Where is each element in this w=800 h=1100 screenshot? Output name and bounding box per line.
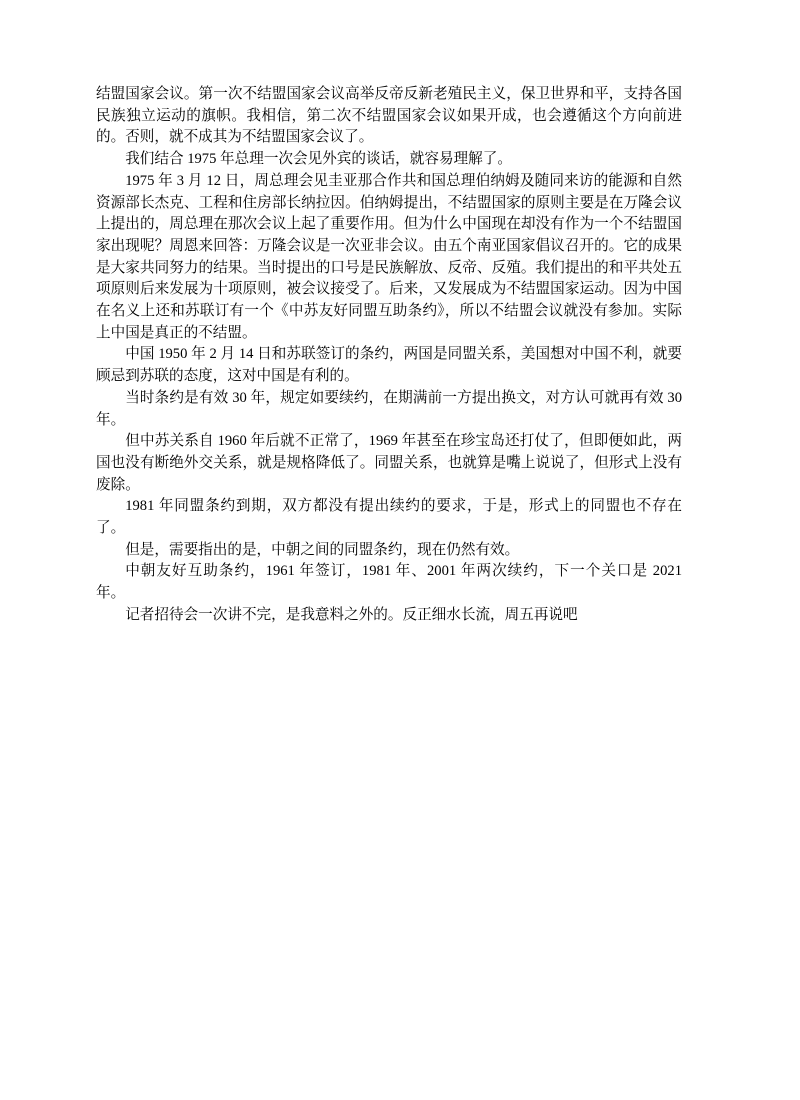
paragraph: 但中苏关系自 1960 年后就不正常了，1969 年甚至在珍宝岛还打仗了，但即便… <box>96 431 682 496</box>
paragraph: 我们结合 1975 年总理一次会见外宾的谈话，就容易理解了。 <box>96 149 682 171</box>
paragraph: 结盟国家会议。第一次不结盟国家会议高举反帝反新老殖民主义，保卫世界和平，支持各国… <box>96 84 682 149</box>
paragraph: 中国 1950 年 2 月 14 日和苏联签订的条约，两国是同盟关系，美国想对中… <box>96 344 682 387</box>
document-page: 结盟国家会议。第一次不结盟国家会议高举反帝反新老殖民主义，保卫世界和平，支持各国… <box>0 0 800 1100</box>
paragraph: 中朝友好互助条约，1961 年签订，1981 年、2001 年两次续约，下一个关… <box>96 561 682 604</box>
document-body: 结盟国家会议。第一次不结盟国家会议高举反帝反新老殖民主义，保卫世界和平，支持各国… <box>96 84 682 627</box>
paragraph: 记者招待会一次讲不完，是我意料之外的。反正细水长流，周五再说吧 <box>96 605 682 627</box>
paragraph: 1981 年同盟条约到期，双方都没有提出续约的要求，于是，形式上的同盟也不存在了… <box>96 496 682 539</box>
paragraph: 1975 年 3 月 12 日，周总理会见圭亚那合作共和国总理伯纳姆及随同来访的… <box>96 171 682 345</box>
paragraph: 但是，需要指出的是，中朝之间的同盟条约，现在仍然有效。 <box>96 540 682 562</box>
paragraph: 当时条约是有效 30 年，规定如要续约，在期满前一方提出换文，对方认可就再有效 … <box>96 388 682 431</box>
